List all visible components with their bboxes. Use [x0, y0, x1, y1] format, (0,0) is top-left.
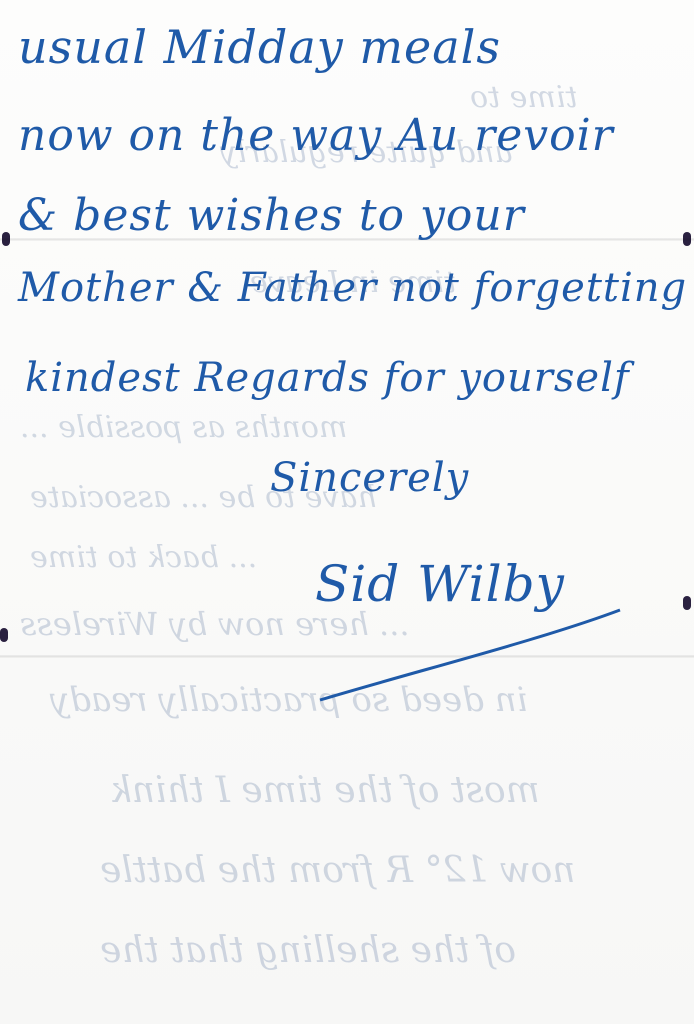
punch-hole [0, 628, 8, 642]
letter-closing: Sincerely [270, 455, 469, 501]
letter-line: now on the way Au revoir [18, 110, 614, 161]
bleed-through-text: ... back to time [30, 540, 257, 575]
bleed-through-text: most of the time I think [110, 770, 540, 811]
letter-page: time to and quite regularly time in Leav… [0, 0, 694, 1024]
letter-line: Mother & Father not forgetting [18, 265, 687, 311]
letter-line: usual Midday meals [18, 20, 501, 74]
bleed-through-text: now 12° R from the battle [100, 850, 575, 891]
bleed-through-text: months as possible ... [20, 410, 347, 445]
letter-line: & best wishes to your [18, 190, 525, 241]
bleed-through-text: of the shelling that the [100, 930, 516, 971]
signature-flourish [300, 600, 630, 710]
letter-line: kindest Regards for yourself [25, 355, 630, 401]
punch-hole [683, 596, 691, 610]
